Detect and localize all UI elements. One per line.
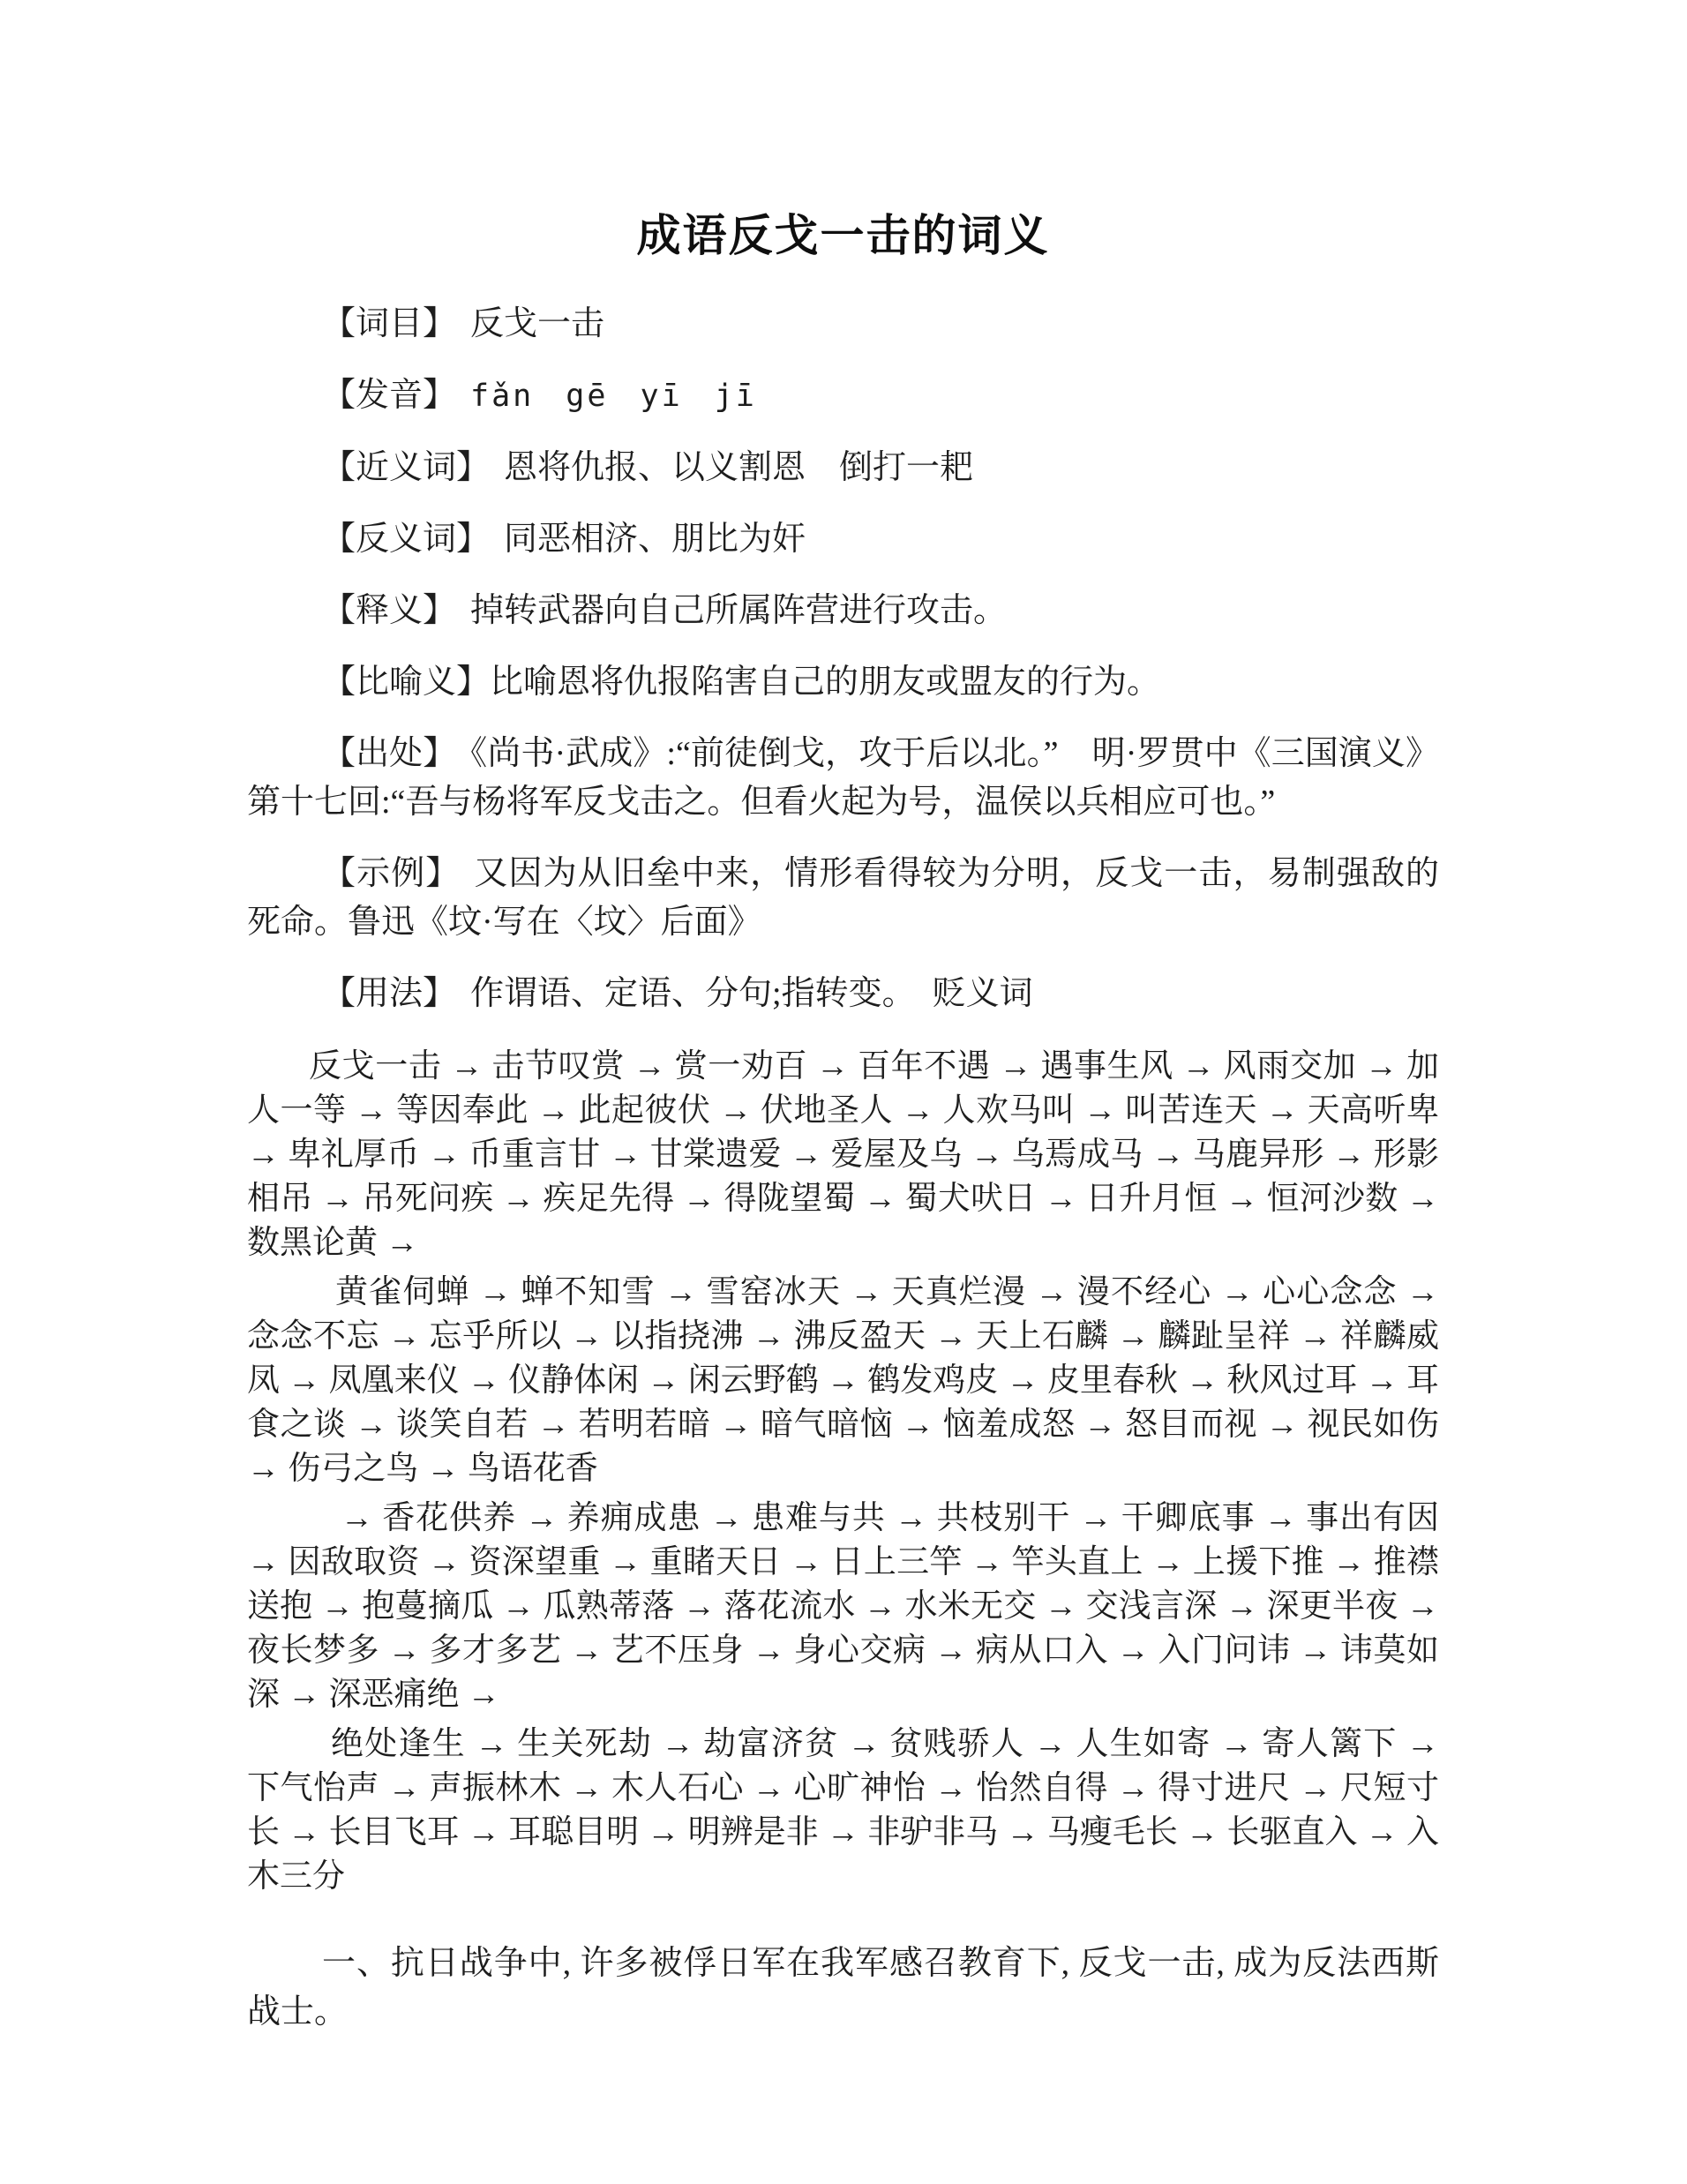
section-example-label: 【示例】 — [322, 855, 460, 892]
section-synonyms-label: 【近义词】 — [322, 449, 490, 486]
section-definition-label: 【释义】 — [322, 592, 456, 629]
section-word-entry: 【词目】反戈一击 — [247, 300, 1439, 349]
idiom-chain-paragraph-4: 绝处逢生 → 生关死劫 → 劫富济贫 → 贫贱骄人 → 人生如寄 → 寄人篱下 … — [247, 1722, 1439, 1899]
idiom-chain-paragraph-1: 反戈一击 → 击节叹赏 → 赏一劝百 → 百年不遇 → 遇事生风 → 风雨交加 … — [247, 1045, 1439, 1265]
section-usage: 【用法】作谓语、定语、分句;指转变。 贬义词 — [247, 970, 1439, 1018]
section-source-label: 【出处】 — [322, 735, 456, 772]
section-word-entry-text: 反戈一击 — [470, 305, 604, 342]
idiom-chain-paragraph-2: 黄雀伺蝉 → 蝉不知雪 → 雪窑冰天 → 天真烂漫 → 漫不经心 → 心心念念 … — [247, 1271, 1439, 1491]
section-usage-text: 作谓语、定语、分句;指转变。 贬义词 — [470, 975, 1033, 1012]
section-example: 【示例】又因为从旧垒中来，情形看得较为分明，反戈一击，易制强敌的死命。鲁迅《坟·… — [247, 850, 1439, 947]
section-synonyms-text: 恩将仇报、以义割恩 倒打一耙 — [504, 449, 973, 486]
section-pronunciation-label: 【发音】 — [322, 377, 456, 414]
document-page: 成语反戈一击的词义 【词目】反戈一击 【发音】fǎn gē yī jī 【近义词… — [0, 0, 1687, 2184]
idiom-chain-block: 反戈一击 → 击节叹赏 → 赏一劝百 → 百年不遇 → 遇事生风 → 风雨交加 … — [247, 1045, 1439, 1899]
section-antonyms-text: 同恶相济、朋比为奸 — [504, 521, 806, 558]
section-antonyms: 【反义词】同恶相济、朋比为奸 — [247, 515, 1439, 564]
section-figurative-meaning-label: 【比喻义】 — [322, 664, 490, 701]
section-definition-text: 掉转武器向自己所属阵营进行攻击。 — [470, 592, 1007, 629]
section-pronunciation: 【发音】fǎn gē yī jī — [247, 372, 1439, 421]
section-figurative-meaning-text: 比喻恩将仇报陷害自己的朋友或盟友的行为。 — [490, 664, 1160, 701]
section-antonyms-label: 【反义词】 — [322, 521, 490, 558]
section-source: 【出处】《尚书·武成》:“前徒倒戈，攻于后以北。” 明·罗贯中《三国演义》第十七… — [247, 730, 1439, 827]
section-synonyms: 【近义词】恩将仇报、以义割恩 倒打一耙 — [247, 444, 1439, 492]
section-definition: 【释义】掉转武器向自己所属阵营进行攻击。 — [247, 587, 1439, 635]
idiom-chain-paragraph-3: → 香花供养 → 养痈成患 → 患难与共 → 共枝别干 → 干卿底事 → 事出有… — [247, 1497, 1439, 1717]
section-pronunciation-text: fǎn gē yī jī — [470, 379, 757, 414]
section-figurative-meaning: 【比喻义】比喻恩将仇报陷害自己的朋友或盟友的行为。 — [247, 658, 1439, 707]
section-usage-label: 【用法】 — [322, 975, 456, 1012]
closing-example-sentence: 一、抗日战争中, 许多被俘日军在我军感召教育下, 反戈一击, 成为反法西斯战士。 — [247, 1940, 1439, 2037]
section-word-entry-label: 【词目】 — [322, 305, 456, 342]
document-title: 成语反戈一击的词义 — [247, 210, 1439, 261]
